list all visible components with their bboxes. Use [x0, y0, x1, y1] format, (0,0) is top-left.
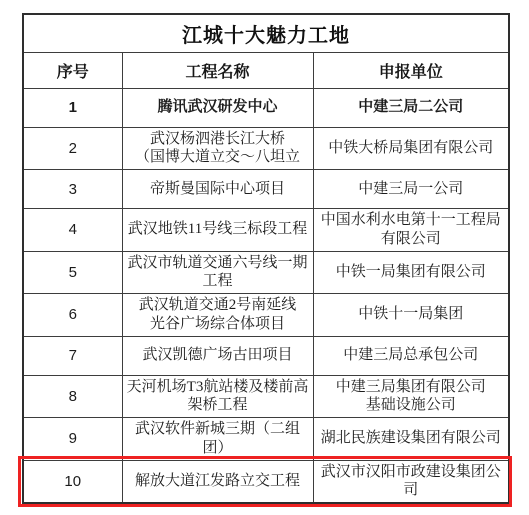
unit-name-cell: 中铁十一局集团	[313, 294, 509, 337]
row-number-cell: 6	[23, 294, 122, 337]
project-name-cell: 武汉软件新城三期（二组团）	[122, 418, 313, 461]
column-header-unit: 申报单位	[313, 52, 509, 88]
project-name-cell: 武汉市轨道交通六号线一期 工程	[122, 251, 313, 294]
project-name-cell: 天河机场T3航站楼及楼前高 架桥工程	[122, 375, 313, 418]
table-title: 江城十大魅力工地	[23, 14, 509, 52]
table-row: 2武汉杨泗港长江大桥 （国博大道立交～八坦立中铁大桥局集团有限公司	[23, 127, 509, 170]
unit-name-cell: 中建三局一公司	[313, 170, 509, 209]
project-name-cell: 武汉凯德广场古田项目	[122, 336, 313, 375]
award-table-wrap: 江城十大魅力工地 序号 工程名称 申报单位 1腾讯武汉研发中心中建三局二公司2武…	[22, 13, 508, 504]
unit-name-cell: 中建三局集团有限公司 基础设施公司	[313, 375, 509, 418]
row-number-cell: 3	[23, 170, 122, 209]
column-header-index: 序号	[23, 52, 122, 88]
project-name-cell: 帝斯曼国际中心项目	[122, 170, 313, 209]
project-name-cell: 腾讯武汉研发中心	[122, 88, 313, 127]
unit-name-cell: 中铁一局集团有限公司	[313, 251, 509, 294]
table-row: 7武汉凯德广场古田项目中建三局总承包公司	[23, 336, 509, 375]
unit-name-cell: 中建三局二公司	[313, 88, 509, 127]
table-row: 1腾讯武汉研发中心中建三局二公司	[23, 88, 509, 127]
table-row: 9武汉软件新城三期（二组团）湖北民族建设集团有限公司	[23, 418, 509, 461]
table-row: 5武汉市轨道交通六号线一期 工程中铁一局集团有限公司	[23, 251, 509, 294]
row-number-cell: 10	[23, 460, 122, 503]
unit-name-cell: 中国水利水电第十一工程局 有限公司	[313, 209, 509, 252]
column-header-project: 工程名称	[122, 52, 313, 88]
row-number-cell: 9	[23, 418, 122, 461]
row-number-cell: 7	[23, 336, 122, 375]
table-row: 4武汉地铁11号线三标段工程中国水利水电第十一工程局 有限公司	[23, 209, 509, 252]
table-row: 10解放大道江发路立交工程武汉市汉阳市政建设集团公司	[23, 460, 509, 503]
table-header-row: 序号 工程名称 申报单位	[23, 52, 509, 88]
unit-name-cell: 湖北民族建设集团有限公司	[313, 418, 509, 461]
row-number-cell: 5	[23, 251, 122, 294]
table-row: 3帝斯曼国际中心项目中建三局一公司	[23, 170, 509, 209]
project-name-cell: 武汉地铁11号线三标段工程	[122, 209, 313, 252]
row-number-cell: 8	[23, 375, 122, 418]
project-name-cell: 解放大道江发路立交工程	[122, 460, 313, 503]
project-name-cell: 武汉轨道交通2号南延线 光谷广场综合体项目	[122, 294, 313, 337]
row-number-cell: 4	[23, 209, 122, 252]
award-table: 江城十大魅力工地 序号 工程名称 申报单位 1腾讯武汉研发中心中建三局二公司2武…	[22, 13, 510, 504]
table-row: 8天河机场T3航站楼及楼前高 架桥工程中建三局集团有限公司 基础设施公司	[23, 375, 509, 418]
unit-name-cell: 武汉市汉阳市政建设集团公司	[313, 460, 509, 503]
unit-name-cell: 中铁大桥局集团有限公司	[313, 127, 509, 170]
unit-name-cell: 中建三局总承包公司	[313, 336, 509, 375]
row-number-cell: 1	[23, 88, 122, 127]
table-title-row: 江城十大魅力工地	[23, 14, 509, 52]
project-name-cell: 武汉杨泗港长江大桥 （国博大道立交～八坦立	[122, 127, 313, 170]
table-row: 6武汉轨道交通2号南延线 光谷广场综合体项目中铁十一局集团	[23, 294, 509, 337]
page: 江城十大魅力工地 序号 工程名称 申报单位 1腾讯武汉研发中心中建三局二公司2武…	[0, 0, 529, 515]
row-number-cell: 2	[23, 127, 122, 170]
table-body: 江城十大魅力工地 序号 工程名称 申报单位 1腾讯武汉研发中心中建三局二公司2武…	[23, 14, 509, 503]
